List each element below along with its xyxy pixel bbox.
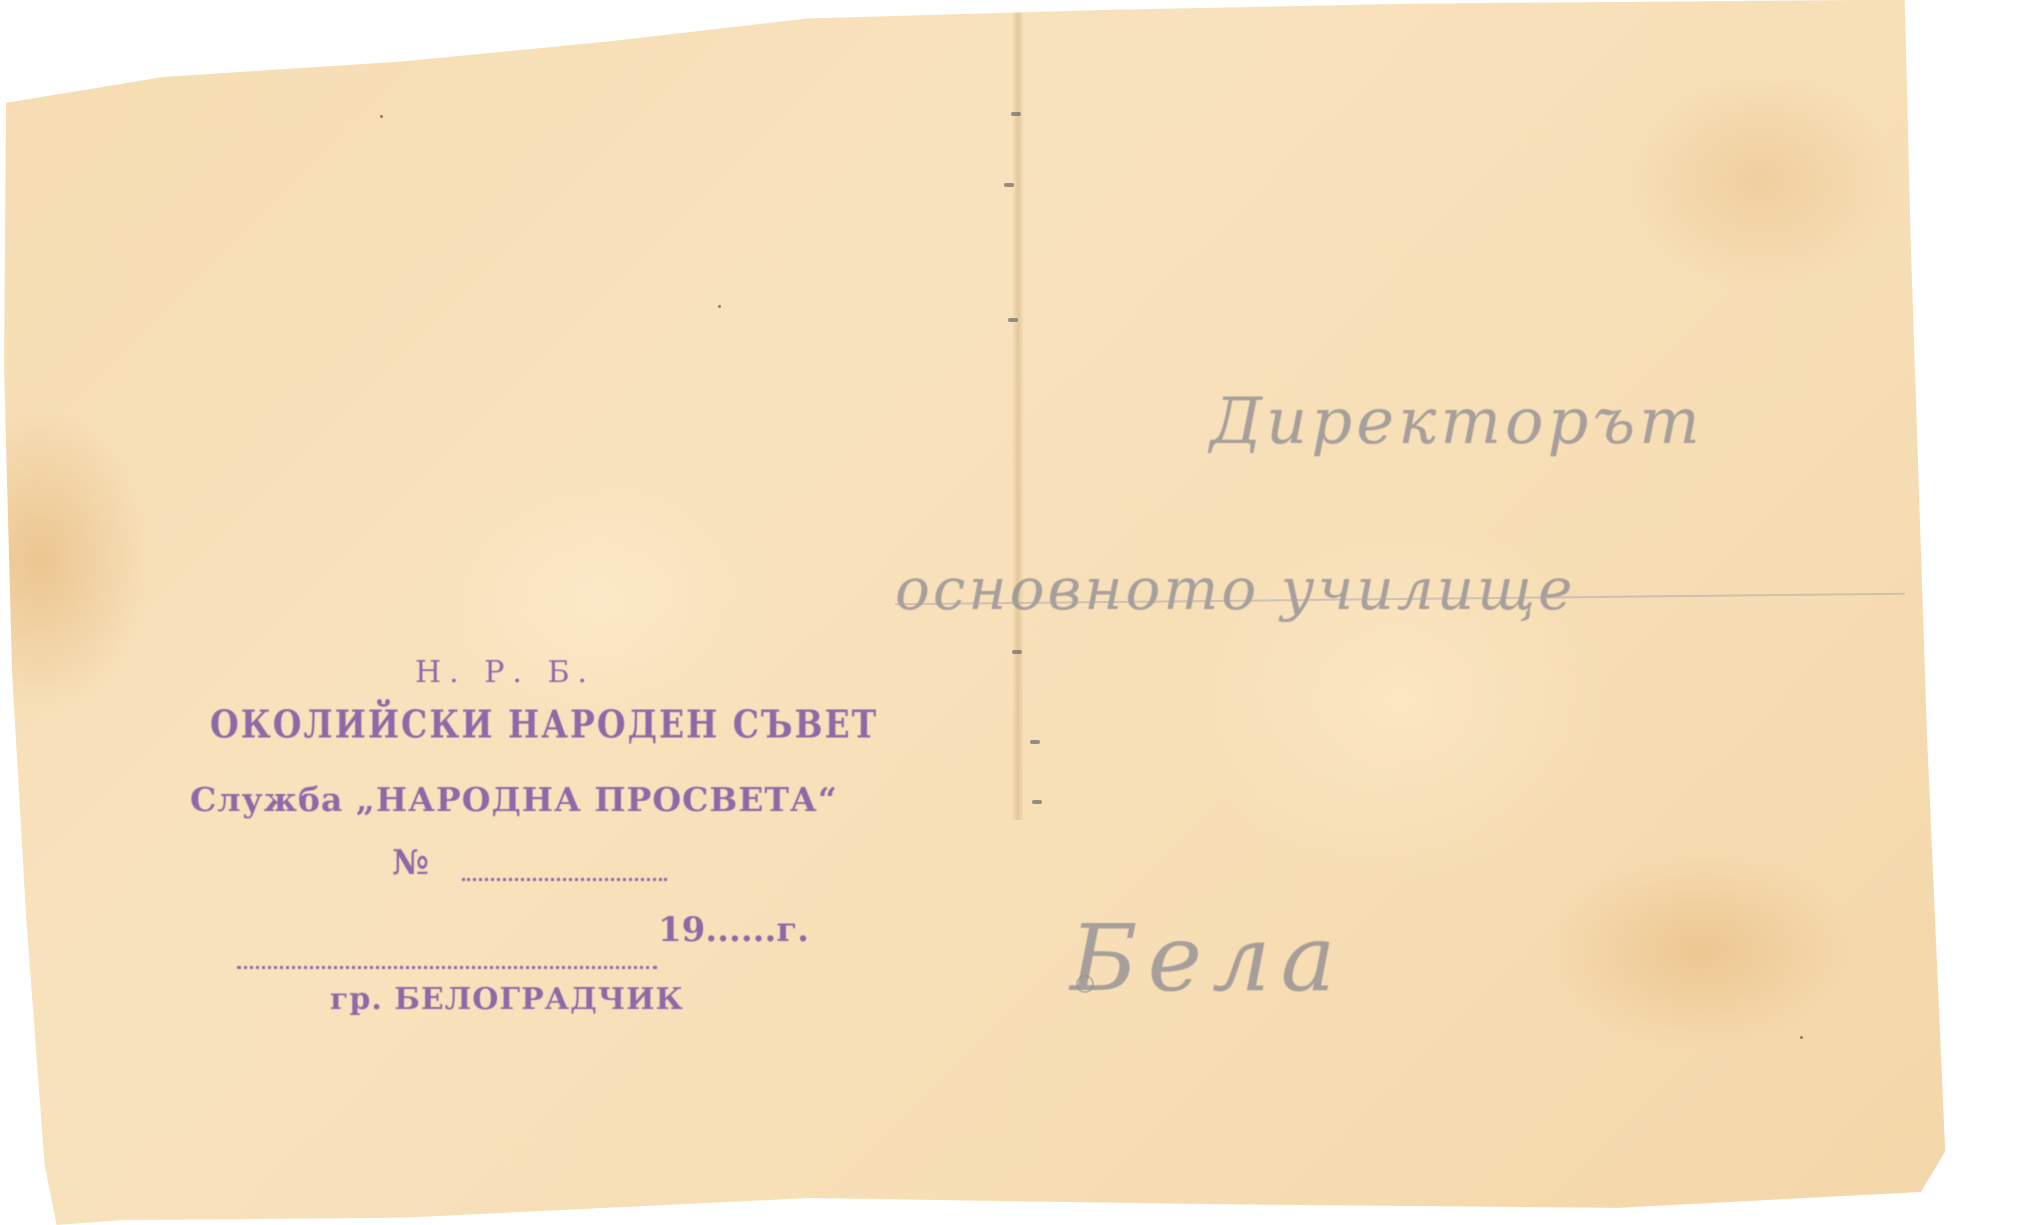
stamp-council-name: ОКОЛИЙСКИ НАРОДЕН СЪВЕТ (210, 702, 878, 747)
fold-mark (1012, 650, 1022, 654)
fold-crease (1012, 0, 1024, 820)
fold-mark (1004, 183, 1014, 187)
stamp-year-label: 19......г. (658, 910, 809, 950)
fold-mark (1030, 740, 1040, 744)
fold-mark (1032, 800, 1042, 804)
fold-mark (1008, 318, 1018, 322)
stamp-service-name: Служба „НАРОДНА ПРОСВЕТА“ (190, 780, 838, 819)
fold-mark (1011, 112, 1021, 116)
stamp-country-abbrev: Н. Р. Б. (415, 655, 595, 690)
paper-speck (1978, 112, 1981, 115)
stamp-city: гр. БЕЛОГРАДЧИК (330, 982, 684, 1017)
handwritten-place: Бела (1070, 905, 1345, 1012)
paper-sheet: Н. Р. Б. ОКОЛИЙСКИ НАРОДЕН СЪВЕТ Служба … (0, 0, 2022, 1225)
handwritten-title: Директорът (1210, 385, 1704, 459)
stamp-date-blank (237, 966, 657, 969)
paper-speck (718, 305, 721, 308)
paper-speck (380, 115, 383, 118)
paper-speck (1800, 1036, 1803, 1039)
stamp-number-blank (462, 878, 667, 881)
stamp-number-label: № (392, 843, 429, 883)
handwritten-school: основното училище (895, 555, 1576, 623)
